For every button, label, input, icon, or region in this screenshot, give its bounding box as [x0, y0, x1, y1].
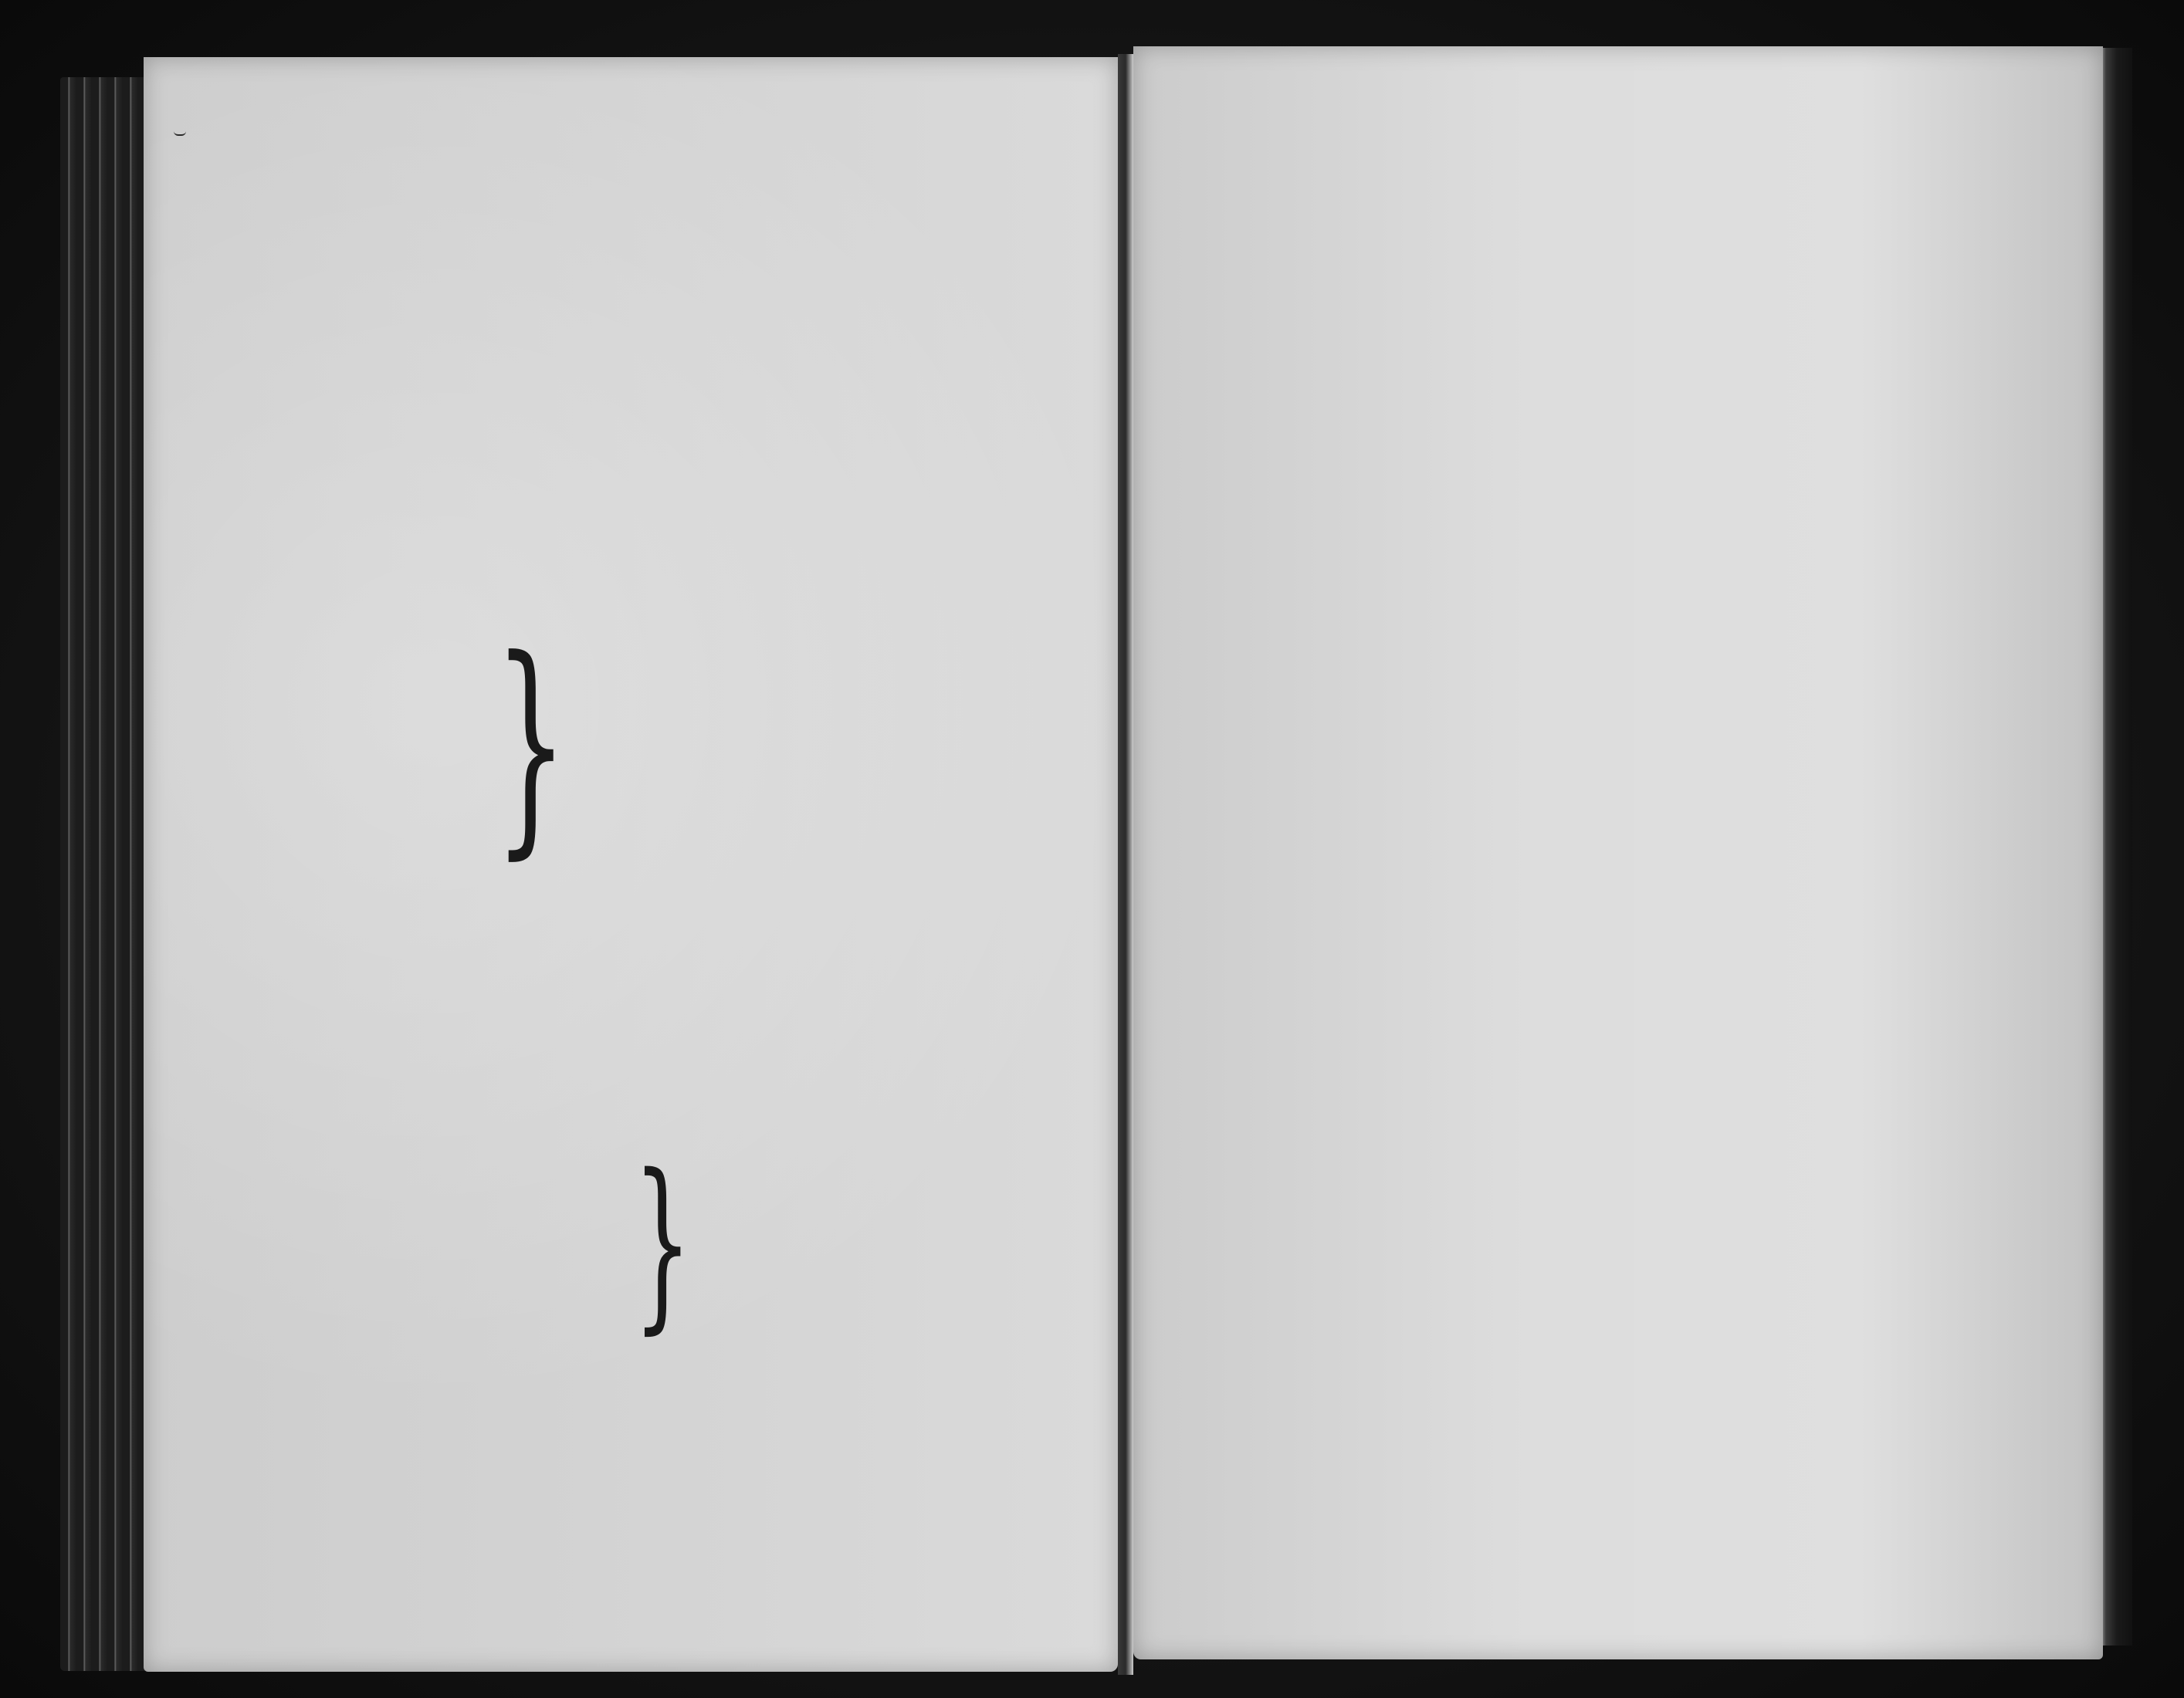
page-stack-left-edge [60, 77, 145, 1671]
book-gutter [1118, 54, 1133, 1675]
right-page [1133, 46, 2103, 1659]
bracket: } [494, 610, 567, 879]
bracket: } [633, 1135, 692, 1351]
left-page [144, 57, 1118, 1672]
page-stack-right-edge [2101, 48, 2132, 1646]
